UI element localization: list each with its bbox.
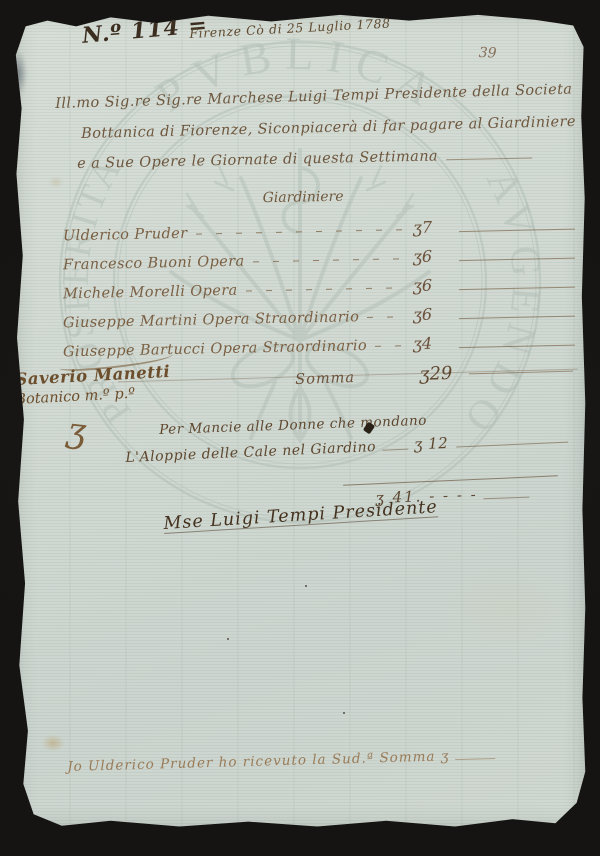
edge-ink-smudge <box>13 50 27 98</box>
edge-smudge-lower <box>13 776 23 804</box>
aloppie-amount: ʒ 12 <box>414 434 449 453</box>
trailing-rule <box>459 219 575 232</box>
president-signature: Mse Luigi Tempi Presidente <box>163 497 438 534</box>
paper-speck <box>227 638 229 640</box>
section-heading: Giardiniere <box>213 188 393 207</box>
amount: ʒ6 <box>413 275 459 295</box>
trailing-rule <box>459 277 575 290</box>
dash-leader <box>245 278 405 294</box>
body-line-3: e a Sue Opere le Giornate di questa Sett… <box>77 148 438 172</box>
scanned-document: PVBLICA PROSPERITA AVGENDO N.º 114 = Fir… <box>0 0 600 856</box>
dash <box>382 449 408 451</box>
worker-name: Ulderico Pruder <box>63 226 188 245</box>
somma-label: Somma <box>295 370 355 388</box>
dash-leader <box>367 307 405 321</box>
worker-name: Giuseppe Martini Opera Straordinario <box>63 309 360 331</box>
margin-paraph: ʒ <box>65 410 88 452</box>
dash-leader <box>195 220 405 237</box>
flourish-dash <box>446 157 532 160</box>
dateline: Firenze Cò di 25 Luglio 1788 <box>189 15 391 41</box>
receipt-line: Jo Ulderico Pruder ho ricevuto la Sud.ª … <box>67 748 450 775</box>
amount: ʒ6 <box>413 246 459 266</box>
body-line-2: Bottanica di Fiorenze, Siconpiacerà di f… <box>81 114 576 142</box>
amount: ʒ7 <box>413 217 459 237</box>
amount: ʒ4 <box>413 333 459 353</box>
somma-amount: ʒ29 <box>419 363 453 385</box>
body-line-3-wrap: e a Sue Opere le Giornate di questa Sett… <box>77 146 532 172</box>
trailing-rule <box>459 306 575 319</box>
amount: ʒ6 <box>413 304 459 324</box>
aloppie-line: L'Aloppie delle Cale nel Giardino <box>125 439 376 466</box>
dash <box>455 758 495 760</box>
dash-leader <box>252 249 405 265</box>
margin-signatory-name: Saverio Manetti <box>15 362 171 389</box>
receipt-wrap: Jo Ulderico Pruder ho ricevuto la Sud.ª … <box>67 747 496 775</box>
trailing-rule <box>456 442 568 448</box>
dash <box>484 497 530 500</box>
trailing-rule <box>459 335 575 348</box>
worker-name: Michele Morelli Opera <box>63 283 238 303</box>
paper-sheet: PVBLICA PROSPERITA AVGENDO N.º 114 = Fir… <box>13 10 587 829</box>
trailing-rule <box>459 248 575 261</box>
margin-signatory-title: Botanico m.º p.º <box>15 386 135 408</box>
folio-number: 39 <box>478 45 496 62</box>
dash-leader <box>375 336 405 350</box>
mancie-line: Per Mancie alle Donne che mondano <box>159 413 427 438</box>
worker-name: Francesco Buoni Opera <box>63 254 245 274</box>
paper-speck <box>343 712 345 714</box>
body-line-1: Ill.mo Sig.re Sig.re Marchese Luigi Temp… <box>55 82 573 112</box>
worker-table: Ulderico Pruderʒ7 Francesco Buoni Operaʒ… <box>63 220 575 365</box>
paper-speck <box>305 585 307 587</box>
